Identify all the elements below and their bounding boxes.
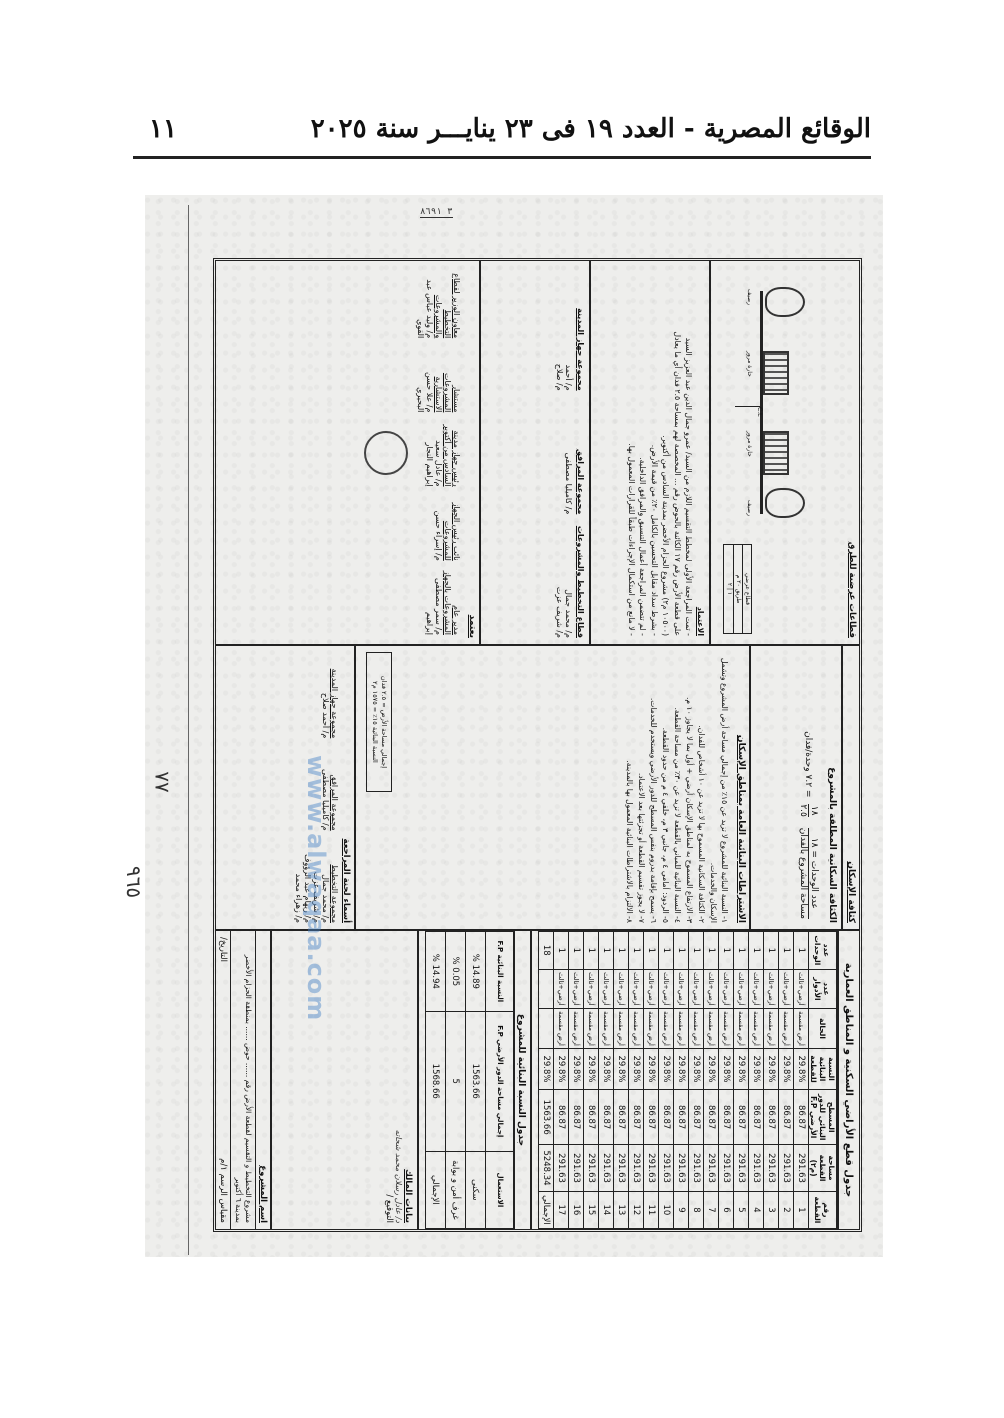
table-cell: 9 — [674, 1191, 689, 1228]
table-cell: أرضي+ثالث — [569, 969, 584, 1008]
terms-line: - تمت المراجعة الأولى لمخطط التقسيم اللا… — [683, 269, 695, 636]
table-cell: 86.87 — [569, 1090, 584, 1145]
table-cell: 1 — [779, 932, 794, 970]
table-cell: 29.8% — [569, 1048, 584, 1089]
table-cell: أرض مقسمة — [614, 1009, 629, 1049]
table-cell: 1 — [644, 932, 659, 970]
project-name-label: اسم المشروع — [255, 931, 270, 1229]
table-cell: 291.63 — [749, 1145, 764, 1192]
table-row: 5291.6386.8729.8%أرض مقسمةأرضي+ثالث1 — [734, 932, 749, 1229]
table-cell: أرضي+ثالث — [719, 969, 734, 1008]
column-header: إجمالي مساحة الدور الأرضي F.P — [486, 1011, 514, 1151]
table-cell: 8 — [689, 1191, 704, 1228]
table-cell: 14 — [599, 1191, 614, 1228]
table-cell: 86.87 — [749, 1090, 764, 1145]
table-cell: أرضي+ثالث — [794, 969, 809, 1008]
reviewer-name: م/ صلاح — [555, 267, 564, 391]
signer-role: مدير عام المشروعات بالجهاز — [443, 567, 461, 635]
table-cell: غرف أمن و بوابة — [446, 1151, 466, 1228]
table-cell: 291.63 — [689, 1145, 704, 1192]
column-header: رقم القطعة — [809, 1191, 837, 1228]
table-cell: 1 — [569, 932, 584, 970]
table-cell: 29.8% — [599, 1048, 614, 1089]
requirements-list: ١- النسبة البنائية للمشروع لا تزيد عن ١٥… — [620, 646, 733, 929]
handwritten-mark: ٩٦٥ — [122, 866, 146, 898]
units-table-title: جدول قطع الأراضي السكنية و المناطق العما… — [837, 931, 859, 1229]
signer: رئيس جهاز مدينة السادس من أكتوبرم/ عادل … — [416, 415, 461, 489]
table-cell: 86.87 — [674, 1090, 689, 1145]
dim-label: حارة مرور — [746, 431, 753, 457]
owner-handwritten-name: د/ عادل رسلان محمد شحاته — [394, 937, 403, 1223]
reviewers-box: قطاع التخطيط والمشروعاتم/ محمد جمالم/ شر… — [479, 261, 589, 644]
signer-role: مستشار المشروعات الاستشارية — [434, 344, 461, 412]
table-cell: 16 — [569, 1191, 584, 1228]
requirement-item: ٥- الردود: أمامي ٤ م، جانبي ٣ م، خلفي ٤ … — [660, 652, 671, 923]
table-cell: الإجمالي — [539, 1191, 554, 1228]
signer: مستشار المشروعات الاستشاريةم/ علا حسن ال… — [416, 341, 461, 415]
table-cell: أرض مقسمة — [689, 1009, 704, 1049]
requirement-item: ٢- الكثافة السكانية المسموح بها لا تزيد … — [696, 652, 707, 923]
table-cell: 86.87 — [554, 1090, 569, 1145]
terms-line: على قطعة الأرض رقم ١٧ الكائنة بالحوض رقم… — [672, 269, 684, 636]
reviewer-group-title: مجموعة المرافق — [576, 391, 585, 515]
density-formula: عدد الوحدات = ١٨ مساحة المشروع بالفدان — [798, 828, 819, 919]
reviewer-name: م/ أحمد — [564, 267, 573, 391]
table-cell: أرضي+ثالث — [779, 969, 794, 1008]
table-cell: 29.8% — [779, 1048, 794, 1089]
table-cell: 29.8% — [734, 1048, 749, 1089]
table-row: 17291.6386.8729.8%أرض مقسمةأرضي+ثالث1 — [554, 932, 569, 1229]
table-cell: أرض مقسمة — [569, 1009, 584, 1049]
table-cell: 86.87 — [779, 1090, 794, 1145]
table-cell: أرض مقسمة — [779, 1009, 794, 1049]
reviewer-name: م/ شريف عزت — [555, 514, 564, 638]
table-row: 9291.6386.8729.8%أرض مقسمةأرضي+ثالث1 — [674, 932, 689, 1229]
table-cell: 6 — [719, 1191, 734, 1228]
table-cell: 86.87 — [764, 1090, 779, 1145]
committee-names: أسماء لجنة المراجعة مجموعة التخطيطم/ محم… — [216, 646, 356, 929]
scale-label: مقياس الرسم ١/م — [218, 1158, 228, 1223]
table-cell: 29.8% — [689, 1048, 704, 1089]
dim-label: رصيف — [746, 289, 753, 305]
signer-name: م/ عادل سعيد إبراهيم النجار — [425, 418, 443, 486]
table-cell: 1 — [659, 932, 674, 970]
approval-word: يعتمد — [465, 261, 479, 644]
page-number: ١١ — [149, 114, 177, 144]
road-section-heading: قطاعات عرضية للطرق — [847, 542, 857, 638]
table-cell: 1 — [719, 932, 734, 970]
table-cell: أرضي+ثالث — [584, 969, 599, 1008]
signer-name: م/ وليد عباس عبد القوي — [416, 270, 434, 338]
table-cell: أرض مقسمة — [584, 1009, 599, 1049]
table-row: 13291.6386.8729.8%أرض مقسمةأرضي+ثالث1 — [614, 932, 629, 1229]
table-cell: 0.05 % — [446, 932, 466, 1012]
column-header: المسطح البنائي للدور الأرضي F.P — [809, 1090, 837, 1145]
tree-icon — [765, 287, 805, 317]
signer-role: معاون الوزير لقطاع التخطيط والمشروعات — [434, 270, 461, 338]
reviewer-group-title: مجموعة جهاز المدينة — [576, 267, 585, 391]
table-cell: 86.87 — [599, 1090, 614, 1145]
table-cell: 86.87 — [689, 1090, 704, 1145]
table-cell: أرض مقسمة — [599, 1009, 614, 1049]
table-cell: أرضي+ثالث — [599, 969, 614, 1008]
header-rule — [133, 156, 871, 159]
column-header: النسبة البنائية للقطعة — [809, 1048, 837, 1089]
table-cell: 86.87 — [629, 1090, 644, 1145]
table-row: 2291.6386.8729.8%أرض مقسمةأرضي+ثالث1 — [779, 932, 794, 1229]
table-cell: 291.63 — [629, 1145, 644, 1192]
table-cell: 7 — [704, 1191, 719, 1228]
table-cell: 10 — [659, 1191, 674, 1228]
table-cell: 291.63 — [704, 1145, 719, 1192]
table-row: 11291.6386.8729.8%أرض مقسمةأرضي+ثالث1 — [644, 932, 659, 1229]
table-cell: 29.8% — [644, 1048, 659, 1089]
terms-heading: الاعتماد — [695, 269, 707, 636]
table-row: 8291.6386.8729.8%أرض مقسمةأرضي+ثالث1 — [689, 932, 704, 1229]
requirement-item: ٣- الارتفاع المسموح به لمناطق الإسكان أر… — [684, 652, 695, 923]
table-cell: أرضي+ثالث — [614, 969, 629, 1008]
table-cell: سكنى — [466, 1151, 486, 1228]
table-cell: أرضي+ثالث — [629, 969, 644, 1008]
table-cell: 86.87 — [719, 1090, 734, 1145]
gazette-header: الوقائع المصرية - العدد ١٩ فى ٢٣ ينايـــ… — [133, 112, 871, 156]
table-cell — [539, 1009, 554, 1049]
owner-label: بيانات المالك — [403, 937, 413, 1223]
table-cell: 1 — [584, 932, 599, 970]
table-cell: 291.63 — [644, 1145, 659, 1192]
signer-name: م/ إسراء حسن — [434, 493, 443, 561]
table-cell: 1 — [794, 1191, 809, 1228]
table-cell: 1 — [749, 932, 764, 970]
table-cell: 29.8% — [659, 1048, 674, 1089]
units-table: رقم القطعةمساحة القطعة (م٢)المسطح البنائ… — [538, 931, 837, 1229]
land-area-note: إجمالي مساحة الأرض = ٢.٥ فدان النسبة الب… — [366, 652, 392, 792]
table-cell: 12 — [629, 1191, 644, 1228]
table-cell: 29.8% — [539, 1048, 554, 1089]
requirement-item: ١- النسبة البنائية للمشروع لا تزيد عن ١٥… — [708, 652, 730, 923]
table-cell: أرضي+ثالث — [659, 969, 674, 1008]
terms-line: - بشرط سداد مقابل التحسين بالكامل ٢٠٪ من… — [649, 269, 661, 636]
gazette-title: الوقائع المصرية - العدد ١٩ فى ٢٣ ينايـــ… — [311, 114, 871, 144]
table-cell: الإجمالي — [426, 1151, 446, 1228]
owner-signature-label: التوقيع / — [384, 937, 394, 1223]
signer-role: نائب رئيس الجهاز للمشروعات — [443, 493, 461, 561]
signer-name: م/ علا حسن البحيري — [416, 344, 434, 412]
table-cell: 29.8% — [794, 1048, 809, 1089]
table-row: 15291.6386.8729.8%أرض مقسمةأرضي+ثالث1 — [584, 932, 599, 1229]
table-cell: أرض مقسمة — [749, 1009, 764, 1049]
signer-name: م/ سمر مصطفى إبراهيم — [425, 567, 443, 635]
road-cross-section-drawing: C.L رصيف حارة مرور حارة مرور رصيف — [723, 281, 833, 524]
density-result: = ٧.٢ وحدة/فدان — [803, 731, 813, 797]
table-cell: 86.87 — [734, 1090, 749, 1145]
planning-sheet: جدول قطع الأراضي السكنية و المناطق العما… — [213, 258, 862, 1232]
table-cell: 291.63 — [674, 1145, 689, 1192]
official-stamp — [364, 431, 408, 475]
table-cell: 291.63 — [554, 1145, 569, 1192]
table-cell: 4 — [749, 1191, 764, 1228]
table-cell: 1 — [689, 932, 704, 970]
table-cell: أرض مقسمة — [644, 1009, 659, 1049]
terms-line: - لم تتضمن المراجعة أعمال التنسيق والمرا… — [637, 269, 649, 636]
signer: نائب رئيس الجهاز للمشروعاتم/ إسراء حسن — [416, 490, 461, 564]
table-cell: أرض مقسمة — [674, 1009, 689, 1049]
approval-column: قطاعات عرضية للطرق C.L رصيف حارة مرور حا… — [216, 261, 859, 644]
reviewer-group: قطاع التخطيط والمشروعاتم/ محمد جمالم/ شر… — [485, 514, 585, 638]
table-cell: 291.63 — [794, 1145, 809, 1192]
table-cell: 86.87 — [614, 1090, 629, 1145]
table-row: الإجمالي1568.6614.94 % — [426, 932, 446, 1229]
reviewer-group: مجموعة جهاز المدينةم/ أحمدم/ صلاح — [485, 267, 585, 391]
reference-number: ٣ ٨٦٩١ — [420, 207, 453, 218]
car-icon — [763, 431, 789, 475]
column-header: النسبة البنائية F.P — [486, 932, 514, 1012]
table-cell — [539, 969, 554, 1008]
table-cell: أرض مقسمة — [734, 1009, 749, 1049]
requirements-heading: الاشتراطات البنائية العامة بمناطق الإسكا… — [733, 646, 749, 929]
table-cell: 1 — [704, 932, 719, 970]
table-cell: 2 — [779, 1191, 794, 1228]
table-row: 10291.6386.8729.8%أرض مقسمةأرضي+ثالث1 — [659, 932, 674, 1229]
table-cell: 29.8% — [614, 1048, 629, 1089]
table-cell: 1 — [794, 932, 809, 970]
table-cell: 29.8% — [749, 1048, 764, 1089]
table-cell: أرضي+ثالث — [764, 969, 779, 1008]
committee-group-title: مجموعة التخطيط — [330, 837, 339, 923]
table-cell: 29.8% — [704, 1048, 719, 1089]
table-cell: 29.8% — [584, 1048, 599, 1089]
table-cell: أرضي+ثالث — [704, 969, 719, 1008]
signatures-row: مدير عام المشروعات بالجهازم/ سمر مصطفى إ… — [412, 261, 465, 644]
table-cell: 1563.66 — [539, 1090, 554, 1145]
table-cell: 86.87 — [659, 1090, 674, 1145]
table-cell: 29.8% — [719, 1048, 734, 1089]
table-row: 6291.6386.8729.8%أرض مقسمةأرضي+ثالث1 — [719, 932, 734, 1229]
table-cell: 5248.34 — [539, 1145, 554, 1192]
table-cell: 29.8% — [554, 1048, 569, 1089]
requirement-item: ٨- الالتزام بالاشتراطات البنائية المعمول… — [624, 652, 635, 923]
committee-member: م/ أحمد صلاح — [321, 652, 330, 738]
table-cell: 86.87 — [794, 1090, 809, 1145]
road-section-box: قطاعات عرضية للطرق C.L رصيف حارة مرور حا… — [709, 261, 859, 644]
table-cell: 1 — [734, 932, 749, 970]
table-cell: 86.87 — [584, 1090, 599, 1145]
committee-group-title: مجموعة المرافق — [330, 744, 339, 830]
table-row: 14291.6386.8729.8%أرض مقسمةأرضي+ثالث1 — [599, 932, 614, 1229]
table-cell: 29.8% — [764, 1048, 779, 1089]
table-cell: 14.89 % — [466, 932, 486, 1012]
table-cell: 291.63 — [734, 1145, 749, 1192]
table-cell: أرضي+ثالث — [689, 969, 704, 1008]
project-box: اسم المشروع مشروع التخطيط و التقسيم لقطع… — [216, 931, 272, 1229]
table-cell: 15 — [584, 1191, 599, 1228]
density-heading: الكثافة السكانية المطلقة بالمشروع — [827, 652, 837, 923]
table-cell: 1 — [629, 932, 644, 970]
total-row: الإجمالي5248.341563.6629.8%18 — [539, 932, 554, 1229]
watermark-url: www.alwaqaa.com — [302, 755, 330, 1021]
column-header: عدد الوحدات — [809, 932, 837, 970]
project-name-value: مشروع التخطيط و التقسيم لقطعة الأرض رقم … — [230, 931, 255, 1229]
committee-group-title: مجموعة جهاز المدينة — [330, 652, 339, 738]
terms-line: (١٠٥٠٠ م٢) مشروع الحزام الأخضر بمدينة ال… — [660, 269, 672, 636]
reviewer-name: م/ كاميليا مصطفى — [564, 391, 573, 515]
table-row: 3291.6386.8729.8%أرض مقسمةأرضي+ثالث1 — [764, 932, 779, 1229]
table-cell: أرضي+ثالث — [554, 969, 569, 1008]
summary-table-title: جدول النسبة البنائية للمشروع — [514, 931, 532, 1229]
handwritten-mark: ٧٧ — [151, 771, 175, 792]
column-header: عدد الأدوار — [809, 969, 837, 1008]
table-row: 7291.6386.8729.8%أرض مقسمةأرضي+ثالث1 — [704, 932, 719, 1229]
reviewer-group: مجموعة المرافقم/ كاميليا مصطفى — [485, 391, 585, 515]
reviewer-name: م/ محمد جمال — [564, 514, 573, 638]
table-cell: 29.8% — [629, 1048, 644, 1089]
table-cell: 1 — [674, 932, 689, 970]
table-cell: 291.63 — [659, 1145, 674, 1192]
table-row: غرف أمن و بوابة50.05 % — [446, 932, 466, 1229]
table-row: 4291.6386.8729.8%أرض مقسمةأرضي+ثالث1 — [749, 932, 764, 1229]
summary-table: الاستعمالإجمالي مساحة الدور الأرضي F.Pال… — [425, 931, 514, 1229]
table-cell: أرض مقسمة — [794, 1009, 809, 1049]
column-header: مساحة القطعة (م٢) — [809, 1145, 837, 1192]
density-heading-top: كثافة الإسكان — [841, 646, 859, 929]
table-cell: 11 — [644, 1191, 659, 1228]
requirement-item: ٦- يسمح بإقامة بدروم بنفس المسطح للدور ا… — [648, 652, 659, 923]
scan-fold-line — [188, 205, 189, 1255]
signer: معاون الوزير لقطاع التخطيط والمشروعاتم/ … — [416, 267, 461, 341]
table-cell: أرضي+ثالث — [749, 969, 764, 1008]
owner-box: بيانات المالك د/ عادل رسلان محمد شحاته ا… — [380, 931, 419, 1229]
table-cell: 14.94 % — [426, 932, 446, 1012]
requirement-item: ٤- النسبة البنائية للمباني بالقطعة لا تز… — [672, 652, 683, 923]
table-cell: 1563.66 — [466, 1011, 486, 1151]
table-cell: 291.63 — [614, 1145, 629, 1192]
committee-group: مجموعة جهاز المدينةم/ أحمد صلاح — [294, 652, 339, 738]
committee-heading: أسماء لجنة المراجعة — [341, 652, 351, 923]
table-cell: 29.8% — [674, 1048, 689, 1089]
table-cell: أرض مقسمة — [659, 1009, 674, 1049]
table-cell: أرض مقسمة — [629, 1009, 644, 1049]
table-cell: 13 — [614, 1191, 629, 1228]
centerline-marker: C.L — [735, 406, 763, 416]
requirement-item: ٧- لا يجوز تقسيم القطعة أو تجزئتها بعد ا… — [636, 652, 647, 923]
table-cell: أرضي+ثالث — [674, 969, 689, 1008]
table-row: 1291.6386.8729.8%أرض مقسمةأرضي+ثالث1 — [794, 932, 809, 1229]
table-cell: 86.87 — [644, 1090, 659, 1145]
table-cell: 86.87 — [704, 1090, 719, 1145]
table-cell: 1 — [764, 932, 779, 970]
signer: مدير عام المشروعات بالجهازم/ سمر مصطفى إ… — [416, 564, 461, 638]
density-box: الكثافة السكانية المطلقة بالمشروع عدد ال… — [749, 646, 841, 929]
column-header: الاستعمال — [486, 1151, 514, 1228]
table-cell: 291.63 — [764, 1145, 779, 1192]
approval-terms: الاعتماد - تمت المراجعة الأولى لمخطط الت… — [589, 261, 709, 644]
table-cell: 5 — [446, 1011, 466, 1151]
dim-label: رصيف — [746, 500, 753, 516]
table-cell: أرض مقسمة — [554, 1009, 569, 1049]
table-cell: 3 — [764, 1191, 779, 1228]
table-cell: أرض مقسمة — [704, 1009, 719, 1049]
table-cell: 291.63 — [584, 1145, 599, 1192]
table-cell: 291.63 — [719, 1145, 734, 1192]
table-cell: 1 — [554, 932, 569, 970]
reviewer-group-title: قطاع التخطيط والمشروعات — [576, 514, 585, 638]
car-icon — [763, 351, 789, 395]
density-calc: ١٨ ٢.٥ — [798, 804, 819, 817]
column-header: الحالة — [809, 1009, 837, 1049]
table-cell: أرض مقسمة — [719, 1009, 734, 1049]
table-row: 12291.6386.8729.8%أرض مقسمةأرضي+ثالث1 — [629, 932, 644, 1229]
table-cell: 17 — [554, 1191, 569, 1228]
table-cell: أرضي+ثالث — [734, 969, 749, 1008]
table-cell: 5 — [734, 1191, 749, 1228]
date-label: التاريخ/ — [218, 937, 228, 962]
section-legend: قطاع عرضي طريق ٢٠ م ١ | ٢ — [723, 544, 752, 634]
table-row: سكنى1563.6614.89 % — [466, 932, 486, 1229]
table-cell: 291.63 — [569, 1145, 584, 1192]
table-cell: 1568.66 — [426, 1011, 446, 1151]
tree-icon — [765, 488, 805, 518]
table-cell: أرض مقسمة — [764, 1009, 779, 1049]
road-surface — [760, 291, 763, 514]
table-cell: 18 — [539, 932, 554, 970]
terms-line: - لا مانع من استكمال الإجراءات طبقاً للق… — [626, 269, 638, 636]
table-cell: 1 — [614, 932, 629, 970]
table-row: 16291.6386.8729.8%أرض مقسمةأرضي+ثالث1 — [569, 932, 584, 1229]
table-cell: 291.63 — [779, 1145, 794, 1192]
signer-role: رئيس جهاز مدينة السادس من أكتوبر — [443, 418, 461, 486]
table-cell: أرضي+ثالث — [644, 969, 659, 1008]
table-cell: 1 — [599, 932, 614, 970]
table-cell: 291.63 — [599, 1145, 614, 1192]
dim-label: حارة مرور — [746, 351, 753, 377]
